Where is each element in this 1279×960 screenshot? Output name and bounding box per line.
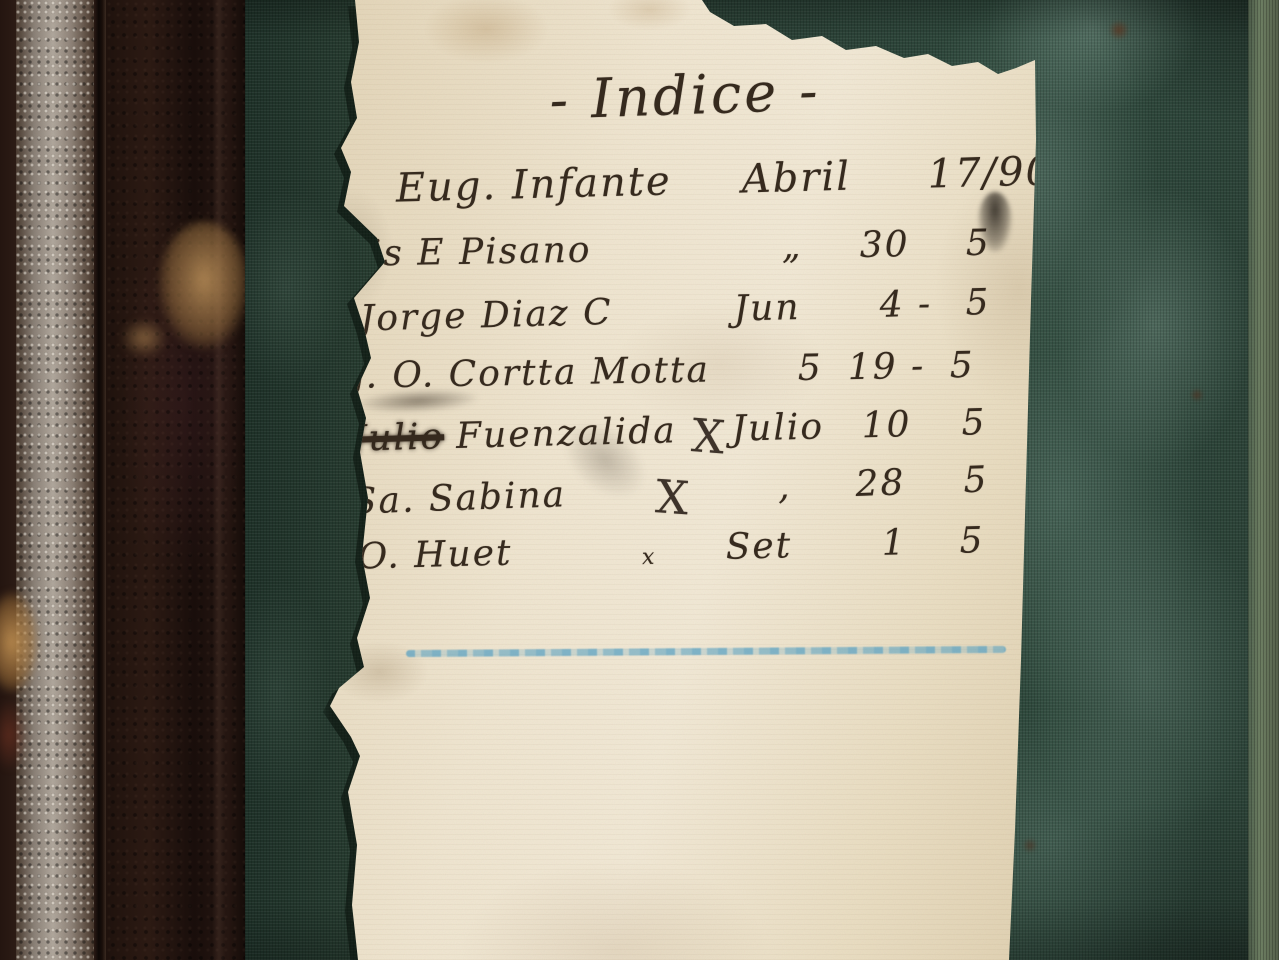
entry-name: J. O. Cortta Motta — [352, 350, 711, 397]
ink-blot — [978, 192, 1012, 252]
entry-month: Jun — [733, 287, 801, 330]
rust-spot — [1190, 388, 1204, 402]
spine-ridge — [212, 0, 226, 960]
rust-spot — [1022, 838, 1038, 853]
tan-stain — [120, 318, 168, 358]
entry-name: Jorge Diaz C — [359, 292, 613, 340]
paper-label: - Indice - Eug. Infante Abril 17/903 is … — [330, 0, 1040, 960]
index-title: - Indice - — [479, 57, 891, 134]
entry-page: 5 — [963, 459, 989, 501]
tan-stain — [158, 222, 250, 350]
entry-month: Set — [725, 525, 792, 568]
entry-day: 30 — [859, 224, 910, 266]
entry-name: Eug. Infante — [395, 158, 672, 211]
entry-page: 5 — [961, 402, 987, 444]
rust-spot — [1108, 20, 1130, 40]
entry-x-mark: X — [690, 408, 729, 465]
entry-ditto-mark: 5 — [797, 348, 823, 389]
book-cover-photo: - Indice - Eug. Infante Abril 17/903 is … — [0, 0, 1279, 960]
entry-ditto-mark: ‚ — [777, 466, 792, 507]
entry-day: 10 — [861, 404, 912, 446]
struck-word: Julio — [351, 416, 444, 459]
spine-highlight-band — [16, 0, 98, 960]
entry-page: 5 — [965, 282, 991, 324]
entry-ditto-mark: „ — [781, 226, 802, 267]
entry-name: Sa. Sabina — [351, 474, 567, 522]
blue-pencil-line — [406, 646, 1006, 657]
book-spine-leather — [0, 0, 248, 960]
entry-month: Abril — [741, 154, 851, 203]
entry-x-mark: X — [654, 469, 692, 525]
index-entry-row: Eug. Infante Abril 17/903 — [329, 149, 1040, 230]
spine-dark-leather — [106, 0, 248, 960]
entry-month: Julio — [731, 406, 824, 449]
entry-name: O. Huet — [357, 533, 513, 578]
entry-small-mark: x — [642, 545, 657, 570]
entry-page: 5 — [949, 345, 975, 386]
entry-day: 19 - — [847, 346, 925, 388]
entry-page: 5 — [959, 520, 985, 562]
entry-day: 4 - — [879, 284, 933, 326]
cover-fore-edge — [1248, 0, 1279, 960]
entry-day: 28 — [855, 462, 906, 505]
entry-name: is E Pisano — [370, 230, 592, 275]
entry-day: 1 — [881, 522, 907, 564]
spine-seam — [94, 0, 106, 960]
